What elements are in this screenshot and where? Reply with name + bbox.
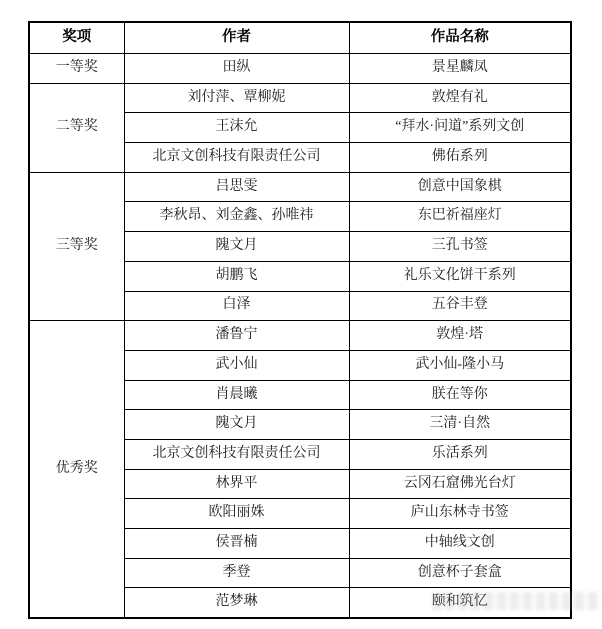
table-header: 奖项作者作品名称 <box>29 22 571 54</box>
author-cell: 白泽 <box>124 291 349 321</box>
table-body: 一等奖田纵景星麟凤二等奖刘付萍、覃柳妮敦煌有礼王沫允“拜水·问道”系列文创北京文… <box>29 54 571 619</box>
column-header-0: 奖项 <box>29 22 124 54</box>
award-cell: 一等奖 <box>29 54 124 84</box>
author-cell: 隗文月 <box>124 410 349 440</box>
work-cell: 创意中国象棋 <box>349 172 571 202</box>
column-header-1: 作者 <box>124 22 349 54</box>
author-cell: 潘鲁宁 <box>124 321 349 351</box>
work-cell: 佛佑系列 <box>349 143 571 173</box>
author-cell: 胡鹏飞 <box>124 261 349 291</box>
work-cell: 东巴祈福座灯 <box>349 202 571 232</box>
work-cell: 颐和筑忆 <box>349 588 571 618</box>
work-cell: 敦煌·塔 <box>349 321 571 351</box>
work-cell: 乐活系列 <box>349 439 571 469</box>
work-cell: 五谷丰登 <box>349 291 571 321</box>
author-cell: 隗文月 <box>124 232 349 262</box>
table-row: 三等奖吕思雯创意中国象棋 <box>29 172 571 202</box>
author-cell: 武小仙 <box>124 350 349 380</box>
table-row: 二等奖刘付萍、覃柳妮敦煌有礼 <box>29 83 571 113</box>
author-cell: 欧阳丽姝 <box>124 499 349 529</box>
author-cell: 肖晨曦 <box>124 380 349 410</box>
author-cell: 林界平 <box>124 469 349 499</box>
table-row: 一等奖田纵景星麟凤 <box>29 54 571 84</box>
award-cell: 二等奖 <box>29 83 124 172</box>
awards-table: 奖项作者作品名称 一等奖田纵景星麟凤二等奖刘付萍、覃柳妮敦煌有礼王沫允“拜水·问… <box>28 21 572 619</box>
work-cell: “拜水·问道”系列文创 <box>349 113 571 143</box>
author-cell: 范梦琳 <box>124 588 349 618</box>
author-cell: 侯晋楠 <box>124 529 349 559</box>
work-cell: 朕在等你 <box>349 380 571 410</box>
work-cell: 云冈石窟佛光台灯 <box>349 469 571 499</box>
work-cell: 三孔书签 <box>349 232 571 262</box>
work-cell: 庐山东林寺书签 <box>349 499 571 529</box>
work-cell: 创意杯子套盒 <box>349 558 571 588</box>
award-cell: 三等奖 <box>29 172 124 320</box>
column-header-2: 作品名称 <box>349 22 571 54</box>
document-page: 奖项作者作品名称 一等奖田纵景星麟凤二等奖刘付萍、覃柳妮敦煌有礼王沫允“拜水·问… <box>0 0 602 629</box>
author-cell: 北京文创科技有限责任公司 <box>124 439 349 469</box>
author-cell: 田纵 <box>124 54 349 84</box>
author-cell: 北京文创科技有限责任公司 <box>124 143 349 173</box>
award-cell: 优秀奖 <box>29 321 124 618</box>
header-row: 奖项作者作品名称 <box>29 22 571 54</box>
work-cell: 景星麟凤 <box>349 54 571 84</box>
table-row: 优秀奖潘鲁宁敦煌·塔 <box>29 321 571 351</box>
work-cell: 中轴线文创 <box>349 529 571 559</box>
author-cell: 王沫允 <box>124 113 349 143</box>
work-cell: 三清·自然 <box>349 410 571 440</box>
author-cell: 季登 <box>124 558 349 588</box>
author-cell: 吕思雯 <box>124 172 349 202</box>
work-cell: 敦煌有礼 <box>349 83 571 113</box>
author-cell: 李秋昂、刘金鑫、孙唯祎 <box>124 202 349 232</box>
work-cell: 礼乐文化饼干系列 <box>349 261 571 291</box>
work-cell: 武小仙-隆小马 <box>349 350 571 380</box>
author-cell: 刘付萍、覃柳妮 <box>124 83 349 113</box>
